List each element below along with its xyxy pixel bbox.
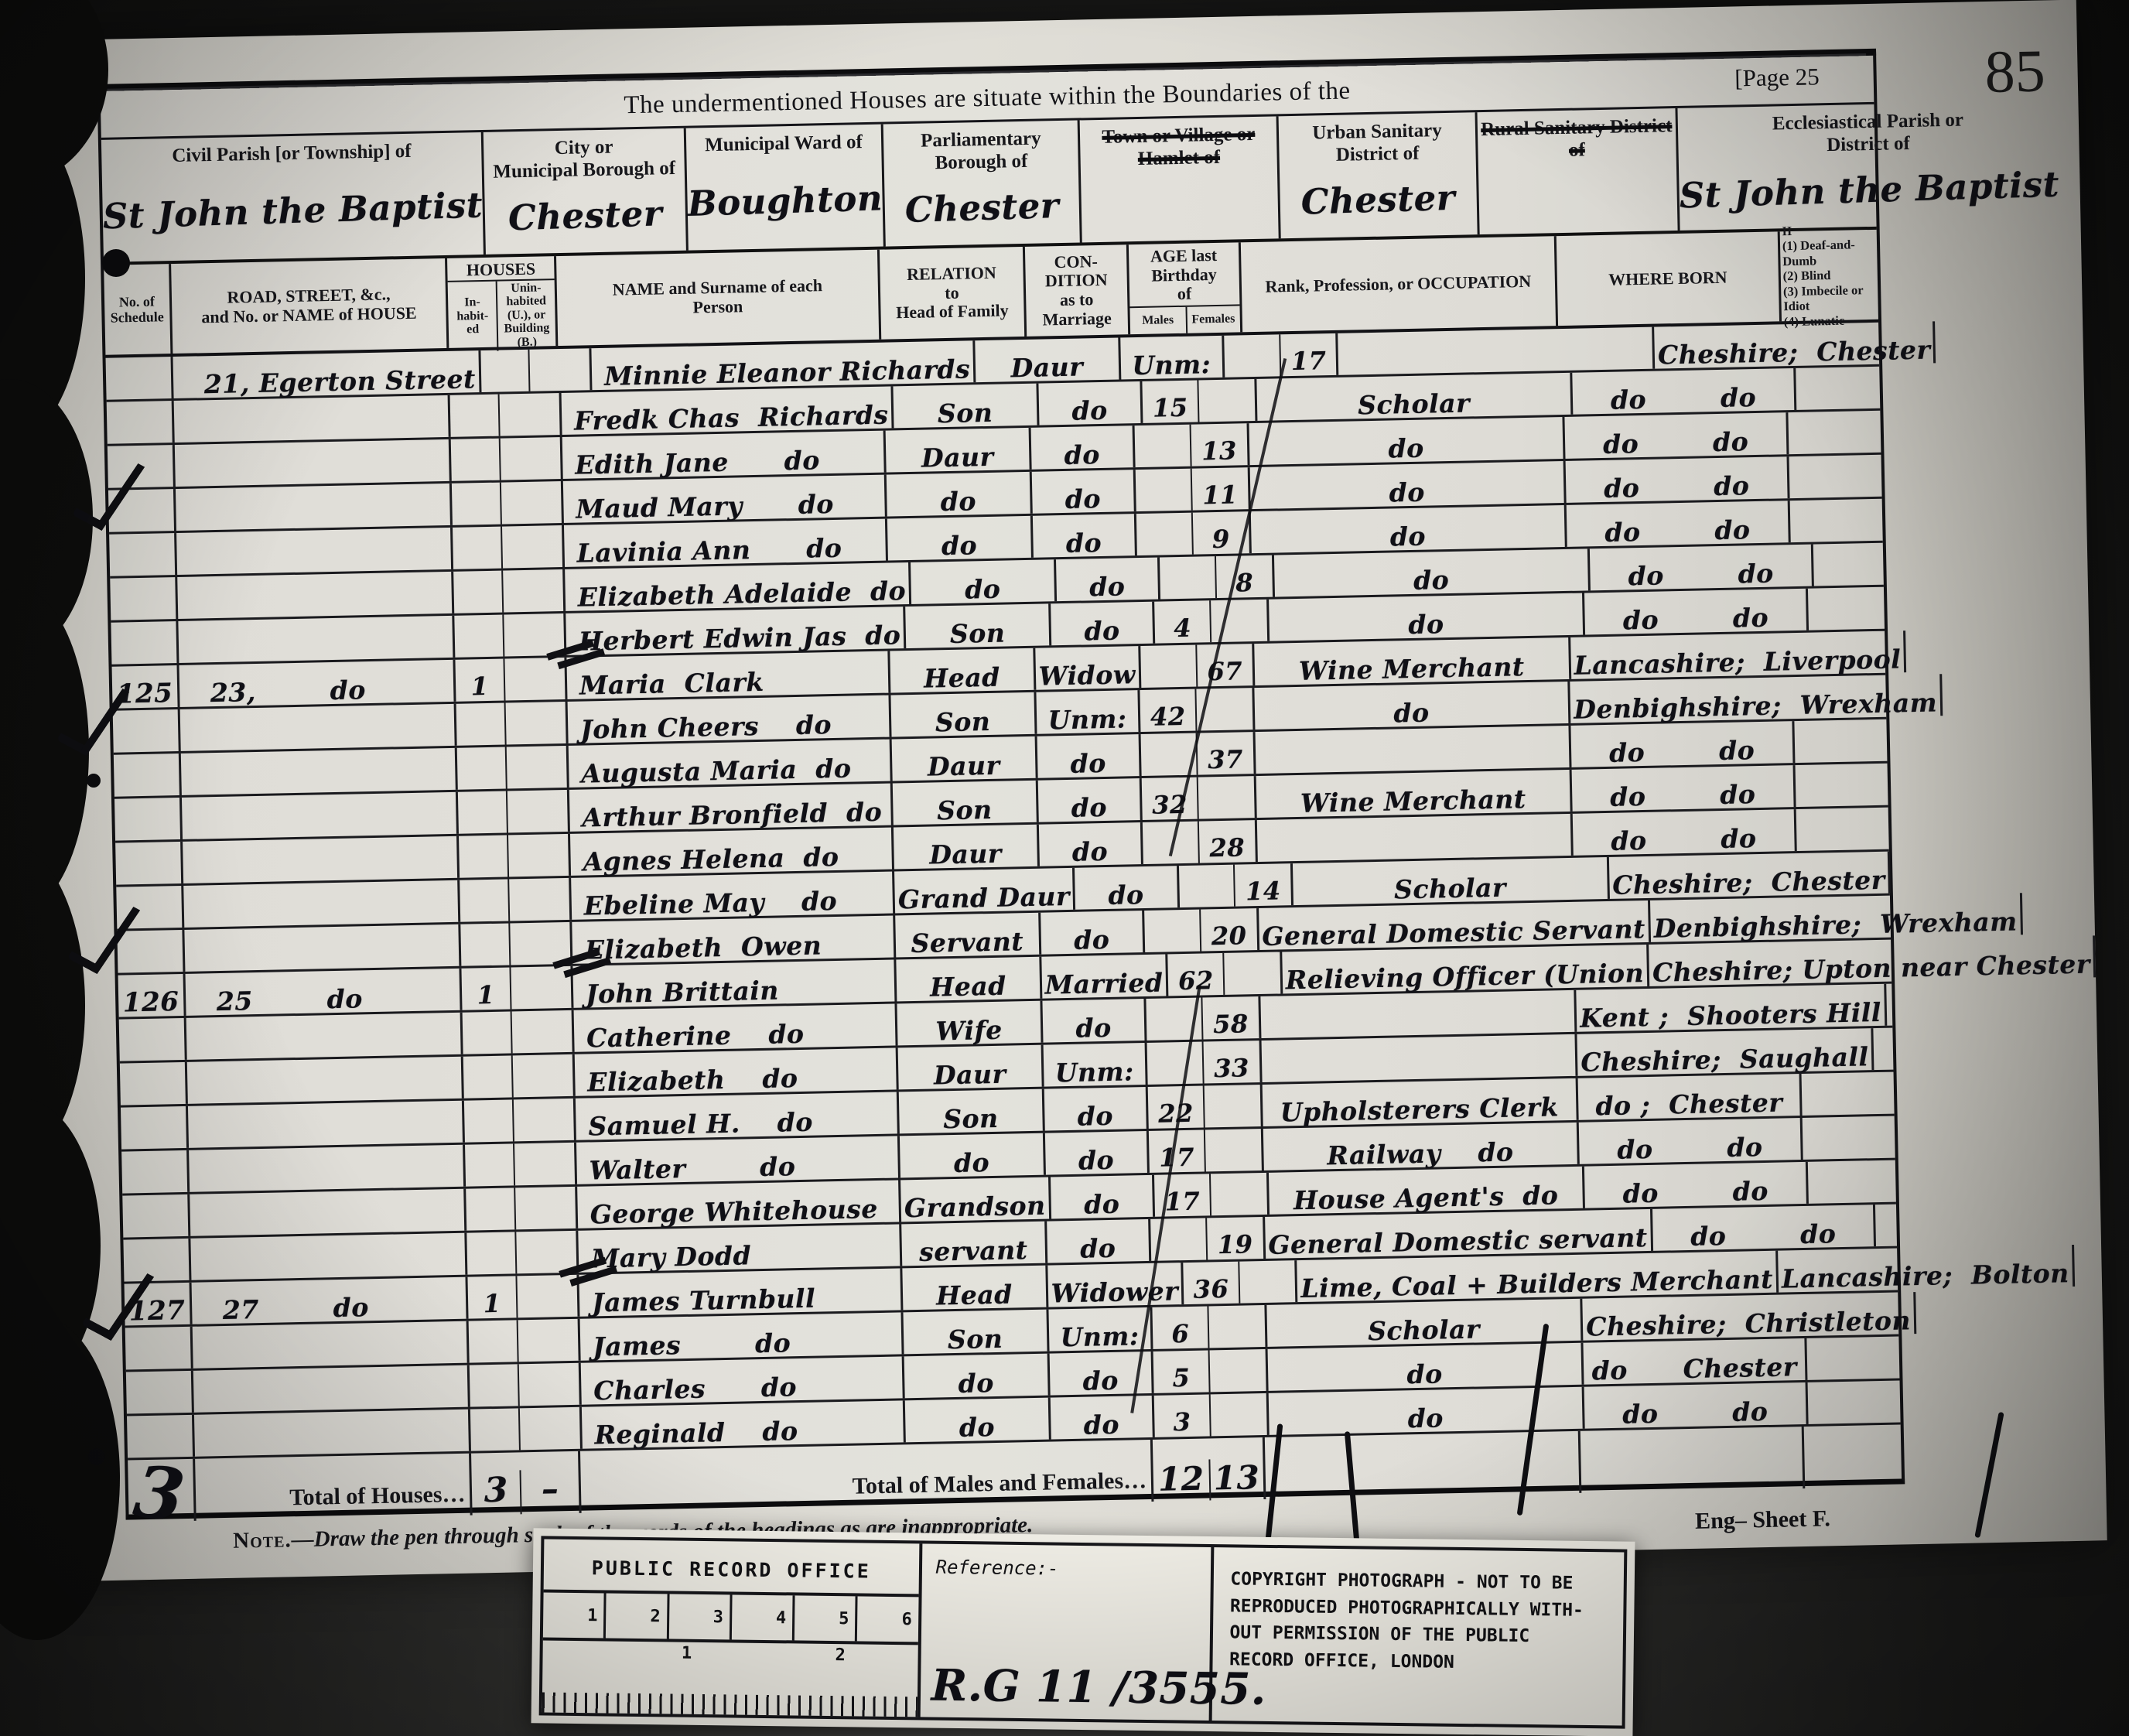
district-column-label: Municipal Ward of	[705, 125, 863, 157]
cell-inhabited: 1	[462, 967, 511, 1010]
cell-age: 9	[1136, 511, 1251, 555]
col-header-age: AGE last Birthday of Males Females	[1129, 242, 1242, 334]
cell-infirmities	[1875, 1205, 1897, 1247]
cell-condition: do	[1031, 470, 1136, 514]
col-header-females: Females	[1185, 306, 1240, 333]
cell-uninhabited	[510, 922, 570, 965]
cell-road	[186, 1057, 464, 1104]
cell-age-females	[1210, 1349, 1266, 1392]
stamp-ruler-ticks: 1 2	[542, 1640, 918, 1717]
sheet-label: Eng– Sheet F.	[1695, 1505, 1830, 1535]
cell-age-females	[1205, 1129, 1262, 1171]
cell-infirmities	[1796, 808, 1888, 851]
cell-inhabited	[460, 879, 510, 921]
cell-condition: Unm:	[1120, 336, 1225, 380]
cell-infirmities	[2095, 935, 2102, 977]
col-header-uninhabited: Unin- habited (U.), or Building (B.)	[496, 280, 555, 350]
age-group-label: AGE last Birthday of	[1150, 243, 1218, 305]
cell-infirmities	[1794, 719, 1887, 763]
cell-infirmities	[2022, 893, 2029, 935]
cell-where-born: Denbighshire; Wrexham	[1650, 893, 2023, 942]
cell-houses	[464, 1099, 576, 1143]
cell-road	[194, 1410, 472, 1457]
cell-where-born: do do	[1565, 412, 1789, 459]
cell-uninhabited	[519, 1407, 579, 1451]
cell-age-males: 32	[1142, 777, 1199, 820]
cell-age-females: 14	[1235, 863, 1291, 906]
cell-age-females	[1199, 379, 1256, 422]
cell-schedule	[117, 930, 185, 973]
cell-age: 13	[1135, 423, 1249, 467]
cell-condition: do	[1041, 911, 1146, 955]
cell-road	[173, 395, 451, 443]
cell-age-males	[1147, 1042, 1205, 1085]
cell-where-born: do do	[1567, 501, 1791, 547]
cell-relation: Daur	[894, 825, 1040, 870]
public-record-office-stamp: PUBLIC RECORD OFFICE 123456 1 2 Referenc…	[531, 1528, 1635, 1736]
cell-condition: do	[1051, 1175, 1156, 1219]
cell-relation: do	[911, 559, 1057, 604]
cell-condition: do	[1044, 1087, 1149, 1131]
cell-age: 4	[1155, 600, 1270, 644]
ruler-number-cell: 3	[668, 1594, 732, 1639]
cell-occupation: General Domestic Servant	[1259, 900, 1651, 950]
cell-where-born: do do	[1566, 456, 1790, 503]
cell-where-born: Cheshire; Upton near Chester	[1649, 935, 2096, 986]
cell-schedule	[126, 1371, 194, 1414]
cell-age-males: 3	[1154, 1394, 1211, 1437]
cell-name: Elizabeth Owen	[572, 915, 896, 963]
cell-relation: Daur	[898, 1045, 1044, 1090]
cell-road	[184, 924, 462, 972]
cell-occupation: General Domestic servant	[1265, 1209, 1653, 1259]
cell-relation: Son	[894, 384, 1040, 429]
cell-schedule	[114, 754, 182, 797]
cell-schedule	[114, 798, 183, 841]
cell-uninhabited	[518, 1319, 578, 1362]
cell-schedule	[120, 1062, 188, 1106]
cell-age-females	[1211, 1393, 1267, 1436]
cell-schedule	[111, 621, 179, 665]
cell-name: Mary Dodd	[578, 1224, 902, 1272]
cell-infirmities	[1806, 1337, 1899, 1380]
cell-where-born: do do	[1579, 1118, 1803, 1164]
cell-relation: Head	[896, 957, 1042, 1002]
cell-relation: Son	[904, 1310, 1050, 1355]
hole-punch-mark	[102, 249, 130, 277]
cell-relation: Son	[893, 781, 1039, 825]
col-header-road: ROAD, STREET, &c., and No. or NAME of HO…	[171, 258, 449, 354]
cell-condition: do	[1051, 602, 1156, 646]
cell-houses	[461, 922, 573, 966]
cell-occupation: Lime, Coal + Builders Merchant	[1297, 1251, 1779, 1302]
cell-inhabited	[480, 350, 530, 392]
cell-houses: 1	[468, 1275, 580, 1319]
cell-condition: do	[1033, 514, 1138, 558]
cell-occupation: do	[1269, 593, 1586, 641]
cell-age-males: 42	[1140, 689, 1198, 732]
cell-uninhabited	[513, 1099, 573, 1142]
cell-where-born: do Chester	[1584, 1338, 1808, 1385]
cell-houses	[452, 481, 564, 525]
cell-where-born: do do	[1584, 1382, 1809, 1429]
cell-houses	[465, 1143, 577, 1187]
cell-where-born: Kent ; Shooters Hill	[1577, 984, 1888, 1032]
totals-schedule-cell: 3	[128, 1459, 196, 1522]
cell-uninhabited	[506, 746, 566, 789]
cell-name: Ebeline May do	[571, 871, 895, 919]
cell-houses	[470, 1407, 583, 1451]
cell-houses	[453, 525, 565, 569]
cell-houses	[466, 1187, 579, 1231]
cell-relation: do	[905, 1398, 1051, 1443]
cell-road	[190, 1233, 468, 1280]
cell-name: Augusta Maria do	[569, 740, 893, 788]
cell-condition: do	[1042, 999, 1147, 1043]
cell-road	[190, 1189, 467, 1236]
district-column-value: Chester	[1300, 163, 1457, 239]
col-header-occupation: Rank, Profession, or OCCUPATION	[1240, 236, 1558, 332]
film-page-number: 85	[1984, 36, 2046, 107]
cell-occupation	[1256, 814, 1574, 862]
cell-road: 27 do	[191, 1277, 469, 1324]
cell-road	[193, 1365, 470, 1413]
cell-inhabited	[463, 1055, 513, 1098]
cell-occupation: Railway do	[1263, 1123, 1580, 1170]
cell-infirmities	[1789, 455, 1881, 498]
cell-inhabited	[453, 527, 502, 569]
cell-uninhabited	[516, 1231, 576, 1274]
cell-relation: do	[904, 1354, 1051, 1399]
cell-condition: Widow	[1035, 646, 1141, 690]
cell-occupation: House Agent's do	[1269, 1167, 1586, 1215]
cell-age-males: 62	[1168, 953, 1225, 996]
cell-where-born: do do	[1590, 545, 1814, 591]
cell-name: George Whitehouse	[577, 1180, 901, 1228]
cell-where-born: Lancashire; Liverpool	[1570, 630, 1907, 679]
cell-age-females: 8	[1216, 555, 1273, 598]
cell-condition: do	[1030, 425, 1136, 470]
cell-uninhabited	[505, 702, 566, 745]
cell-houses	[470, 1363, 582, 1407]
cell-road	[177, 572, 455, 619]
houses-group-label: HOUSES	[466, 257, 536, 280]
col-header-where-born: WHERE BORN	[1557, 231, 1782, 326]
district-column-label: City or Municipal Borough of	[492, 128, 675, 183]
cell-where-born: do do	[1584, 1162, 1809, 1208]
cell-occupation: do	[1250, 505, 1567, 553]
cell-infirmities	[1936, 321, 1943, 363]
cell-where-born: do ; Chester	[1578, 1074, 1803, 1120]
cell-name: Samuel H. do	[576, 1092, 900, 1140]
cell-infirmities	[1813, 543, 1884, 586]
cell-occupation: Wine Merchant	[1254, 637, 1571, 685]
district-column: Municipal Ward of Boughton	[685, 125, 886, 251]
cell-name: Maud Mary do	[563, 475, 887, 523]
cell-where-born: do do	[1584, 589, 1809, 635]
cell-houses	[467, 1231, 579, 1275]
cell-houses	[454, 569, 566, 613]
cell-age-males	[1224, 334, 1281, 377]
cell-schedule	[109, 533, 177, 576]
cell-relation: Servant	[895, 913, 1041, 958]
cell-road	[176, 484, 453, 531]
district-column-value	[1179, 169, 1181, 240]
cell-name: James Turnbull	[579, 1268, 903, 1316]
stamp-copyright-text: COPYRIGHT PHOTOGRAPH - NOT TO BE REPRODU…	[1211, 1547, 1624, 1725]
cell-name: Herbert Edwin Jas do	[566, 607, 907, 655]
cell-relation: do	[887, 516, 1034, 561]
cell-uninhabited	[499, 393, 559, 436]
cell-where-born: do do	[1573, 809, 1797, 856]
cell-occupation	[1255, 726, 1572, 774]
totals-infirmities-cell	[1803, 1425, 1902, 1488]
cell-age: 11	[1136, 467, 1250, 511]
cell-infirmities	[1808, 587, 1885, 630]
cell-age-females	[1211, 1173, 1267, 1215]
cell-road	[186, 1013, 463, 1060]
cell-age: 17	[1154, 1173, 1269, 1217]
cell-age-males	[1135, 425, 1192, 467]
cell-uninhabited	[509, 878, 569, 921]
page-number-label: [Page 25	[1734, 63, 1820, 92]
district-column-value: Chester	[904, 172, 1061, 248]
cell-uninhabited	[511, 1010, 572, 1054]
cell-inhabited	[467, 1232, 517, 1274]
district-column: Rural Sanitary District of	[1477, 108, 1680, 234]
cell-schedule	[115, 842, 183, 885]
cell-occupation	[1261, 1034, 1578, 1082]
total-uninhabited-value: –	[521, 1469, 579, 1514]
cell-age: 36	[1183, 1260, 1297, 1304]
cell-age-males	[1140, 645, 1198, 688]
cell-relation: Grandson	[900, 1177, 1051, 1222]
cell-uninhabited	[501, 481, 561, 525]
col-header-condition: CON- DITION as to Marriage	[1025, 244, 1131, 337]
cell-occupation: do	[1274, 548, 1591, 596]
cell-occupation: do	[1249, 417, 1566, 465]
cell-houses: 1	[462, 966, 574, 1010]
cell-inhabited	[465, 1143, 514, 1186]
totals-schedule-scribble: 3	[130, 1449, 190, 1538]
cell-uninhabited	[517, 1275, 577, 1318]
cell-condition: Unm:	[1043, 1043, 1148, 1087]
cell-inhabited: 1	[456, 659, 505, 702]
cell-uninhabited	[508, 834, 569, 877]
cell-age: 33	[1147, 1041, 1262, 1085]
cell-name: Reginald do	[582, 1400, 906, 1448]
ruler-number-cell: 5	[795, 1595, 858, 1641]
cell-age-females	[1208, 1305, 1265, 1348]
cell-condition: do	[1045, 1131, 1150, 1175]
cell-relation: Head	[903, 1266, 1049, 1311]
cell-inhabited	[469, 1320, 518, 1362]
district-column: Town or Village or Hamlet of	[1080, 116, 1281, 242]
cell-inhabited	[470, 1364, 519, 1406]
district-column-label: Rural Sanitary District of	[1477, 108, 1676, 164]
cell-name: Catherine do	[573, 1003, 897, 1051]
census-scan-photo: 85 The undermentioned Houses are situate…	[0, 0, 2129, 1736]
cell-relation: Daur	[975, 337, 1121, 382]
cell-infirmities	[1789, 499, 1882, 542]
ruler-number-cell: 2	[606, 1593, 669, 1639]
cell-name: John Cheers do	[567, 695, 891, 743]
cell-schedule	[119, 1018, 187, 1061]
cell-inhabited	[454, 571, 504, 613]
cell-uninhabited	[503, 569, 563, 613]
cell-age-males	[1136, 513, 1194, 555]
cell-occupation: Wine Merchant	[1256, 770, 1573, 818]
total-females-value: 13	[1210, 1458, 1263, 1500]
col-header-name: NAME and Surname of each Person	[556, 250, 882, 346]
cell-inhabited	[466, 1188, 516, 1230]
cell-relation: Grand Daur	[894, 868, 1075, 914]
district-column-value: Boughton	[685, 152, 883, 251]
cell-houses	[480, 348, 593, 392]
cell-condition: do	[1056, 558, 1161, 602]
cell-condition: do	[1047, 1219, 1152, 1263]
cell-road	[176, 528, 454, 575]
cell-age: 20	[1144, 908, 1259, 952]
cell-uninhabited	[514, 1143, 575, 1186]
district-column: Ecclesiastical Parish or District of St …	[1677, 101, 2059, 231]
cell-age-males: 5	[1153, 1350, 1211, 1393]
cell-road	[180, 748, 458, 795]
cell-name: Walter do	[576, 1136, 900, 1184]
cell-road	[183, 836, 460, 883]
cell-occupation: Scholar	[1293, 857, 1610, 905]
cell-relation: do	[887, 472, 1033, 517]
cell-infirmities	[2074, 1245, 2081, 1287]
cell-inhabited	[461, 923, 511, 965]
cell-infirmities	[1915, 1292, 1922, 1334]
district-column-value: Chester	[507, 179, 664, 255]
cell-age: 19	[1150, 1217, 1265, 1261]
total-males-females-label: Total of Males and Females…	[580, 1440, 1154, 1513]
ink-dot	[87, 774, 101, 788]
cell-name: Agnes Helena do	[570, 827, 894, 875]
totals-age-cell: 12 13	[1153, 1437, 1266, 1502]
cell-uninhabited	[507, 790, 567, 833]
cell-infirmities	[1874, 1028, 1894, 1070]
census-form-paper: 85 The undermentioned Houses are situate…	[25, 0, 2107, 1581]
cell-where-born: do do	[1572, 765, 1796, 812]
cell-infirmities	[1796, 367, 1880, 410]
cell-name: Elizabeth do	[575, 1047, 899, 1095]
district-column-label: Parliamentary Borough of	[883, 121, 1079, 176]
cell-occupation: do	[1254, 682, 1571, 730]
stamp-reference-label: Reference:-	[935, 1557, 1058, 1580]
cell-name: Maria Clark	[566, 651, 890, 699]
cell-road: 25 do	[185, 969, 463, 1016]
cell-age-females: 67	[1197, 644, 1253, 686]
stamp-reference-value: R.G 11 /3555.	[931, 1660, 1266, 1715]
cell-name: Lavinia Ann do	[564, 519, 888, 567]
cell-schedule	[106, 357, 174, 400]
cell-inhabited	[450, 395, 500, 437]
cell-schedule	[113, 709, 181, 753]
cell-uninhabited	[518, 1363, 579, 1406]
cell-road	[178, 616, 456, 663]
cell-relation: Daur	[886, 428, 1032, 473]
cell-occupation: Relieving Officer (Union	[1282, 945, 1649, 994]
cell-inhabited: 1	[468, 1276, 518, 1318]
col-header-houses: HOUSES In- habit- ed Unin- habited (U.),…	[447, 256, 558, 348]
cell-age-males: 17	[1149, 1129, 1206, 1172]
cell-relation: Wife	[897, 1001, 1044, 1046]
district-column: Civil Parish [or Township] of St John th…	[101, 132, 486, 262]
cell-age-females: 11	[1192, 467, 1249, 510]
cell-uninhabited	[511, 966, 571, 1010]
ruler-inch-label: 2	[835, 1645, 846, 1665]
cell-occupation: Upholsterers Clerk	[1262, 1078, 1579, 1126]
cell-infirmities	[1807, 1381, 1900, 1424]
cell-houses	[456, 702, 569, 746]
ruler-number-cell: 4	[732, 1594, 795, 1640]
cell-age-males	[1144, 910, 1201, 952]
cell-relation: servant	[901, 1222, 1047, 1266]
total-houses-value: 3	[472, 1470, 522, 1515]
cell-condition: do	[1039, 822, 1144, 866]
cell-occupation	[1338, 327, 1656, 375]
cell-road	[192, 1321, 470, 1369]
district-column: Parliamentary Borough of Chester	[883, 120, 1083, 246]
cell-age: 6	[1153, 1305, 1267, 1349]
cell-occupation	[1260, 990, 1577, 1038]
cell-inhabited	[455, 615, 504, 658]
cell-where-born: do do	[1652, 1205, 1877, 1251]
totals-houses-cell: 3 –	[471, 1451, 581, 1516]
totals-occupation-cell	[1264, 1431, 1581, 1499]
cell-relation: Son	[899, 1089, 1045, 1134]
ruler-inch-label: 1	[682, 1644, 692, 1663]
total-of-houses-label: Total of Houses…	[195, 1454, 473, 1521]
cell-age: 62	[1168, 952, 1283, 996]
cell-houses: 1	[456, 658, 568, 702]
cell-age-females: 17	[1280, 333, 1337, 376]
cell-where-born: Lancashire; Bolton	[1778, 1245, 2075, 1293]
cell-condition: do	[1050, 1396, 1155, 1440]
col-header-schedule: No. of Schedule	[104, 264, 173, 355]
district-column-label: Town or Village or Hamlet of	[1102, 117, 1256, 171]
cell-schedule	[122, 1194, 190, 1238]
note-prefix: Note.	[233, 1527, 292, 1553]
cell-age: 15	[1143, 379, 1257, 423]
cell-houses	[458, 790, 570, 834]
cell-inhabited	[452, 483, 501, 525]
cell-uninhabited	[529, 348, 589, 391]
stamp-ruler-cells: 123456	[543, 1589, 918, 1645]
district-column-value: St John the Baptist	[101, 159, 484, 264]
district-column: City or Municipal Borough of Chester	[484, 128, 688, 255]
cell-houses	[451, 437, 563, 481]
census-form-frame: The undermentioned Houses are situate wi…	[97, 49, 1905, 1520]
cell-infirmities	[1890, 851, 1897, 893]
cell-uninhabited	[512, 1054, 572, 1098]
cell-condition: Unm:	[1036, 690, 1141, 734]
cell-houses	[463, 1054, 576, 1099]
cell-condition: Unm:	[1048, 1307, 1153, 1352]
ink-dot	[88, 1448, 105, 1465]
col-header-relation: RELATION to Head of Family	[880, 247, 1027, 340]
cell-infirmities	[1795, 764, 1888, 807]
cell-age: 58	[1147, 996, 1261, 1041]
cell-where-born: Cheshire; Chester	[1608, 852, 1890, 899]
cell-infirmities	[1808, 1160, 1896, 1204]
cell-schedule	[107, 401, 175, 444]
cell-houses	[450, 393, 562, 437]
cell-name: Arthur Bronfield do	[569, 783, 894, 831]
